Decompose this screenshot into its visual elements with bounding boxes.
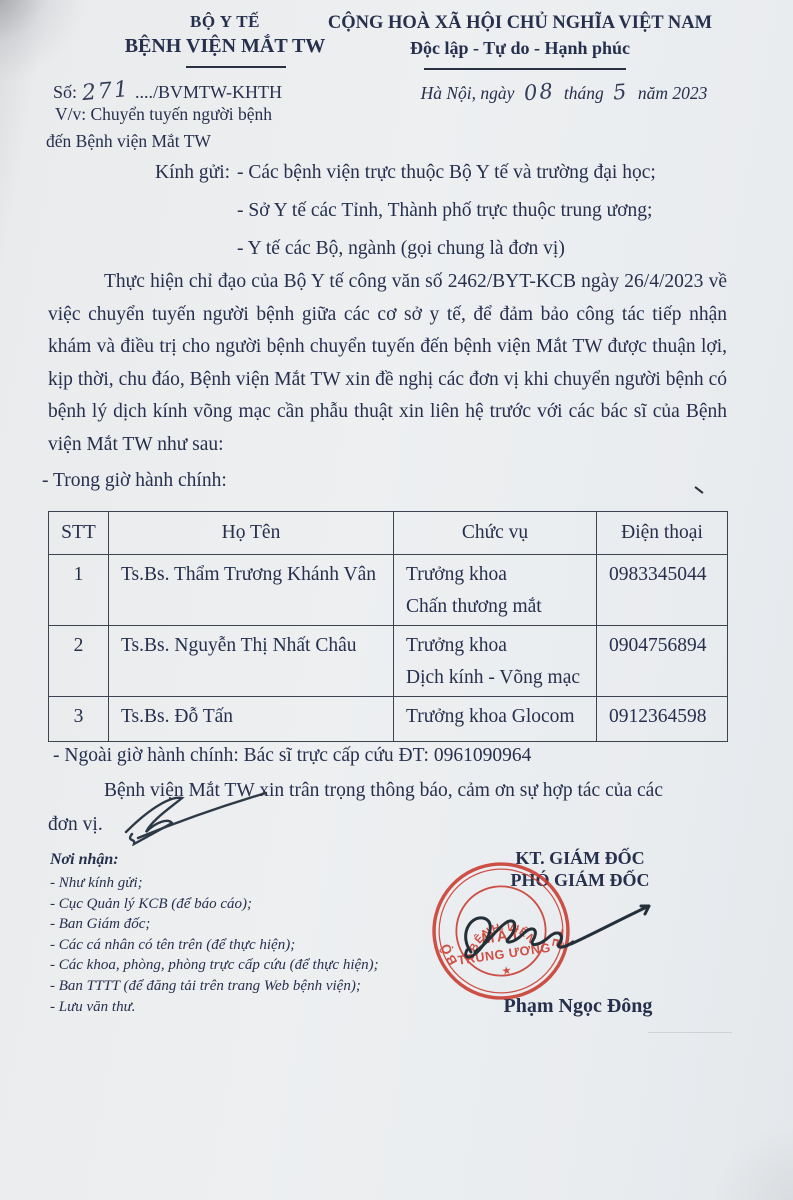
distribution-list: - Như kính gửi; - Cục Quản lý KCB (để bá…: [50, 873, 450, 1017]
subject-line-1: V/v: Chuyển tuyến người bệnh: [55, 104, 272, 125]
distribution-item: - Lưu văn thư.: [50, 997, 450, 1018]
recipient-item: - Sở Y tế các Tỉnh, Thành phố trực thuộc…: [237, 200, 652, 222]
role-line-1: Trưởng khoa: [406, 559, 590, 591]
table-row: 1 Ts.Bs. Thẩm Trương Khánh Vân Trưởng kh…: [49, 555, 728, 626]
document-number-line: Số:271..../BVMTW-KHTH: [53, 79, 282, 104]
cell-phone: 0912364598: [597, 697, 728, 742]
subject-line-2: đến Bệnh viện Mắt TW: [46, 131, 211, 152]
recipients-label: Kính gửi:: [155, 162, 230, 184]
contacts-table: STT Họ Tên Chức vụ Điện thoại 1 Ts.Bs. T…: [48, 511, 728, 742]
cell-name: Ts.Bs. Nguyễn Thị Nhất Châu: [109, 626, 394, 697]
scan-artifact-line: [648, 1032, 732, 1033]
cell-stt: 2: [49, 626, 109, 697]
distribution-item: - Như kính gửi;: [50, 873, 450, 894]
national-motto: Độc lập - Tự do - Hạnh phúc: [320, 38, 720, 59]
header-name: Họ Tên: [109, 512, 394, 555]
date-month-handwritten: 5: [612, 79, 629, 104]
date-post: năm 2023: [638, 83, 708, 103]
table-header-row: STT Họ Tên Chức vụ Điện thoại: [49, 512, 728, 555]
after-hours-line: - Ngoài giờ hành chính: Bác sĩ trực cấp …: [53, 745, 531, 767]
role-line-1: Trưởng khoa: [406, 630, 590, 662]
date-day-handwritten: 08: [523, 79, 556, 106]
org-underline: [186, 66, 286, 68]
cell-role: Trưởng khoa Chấn thương mắt: [394, 555, 597, 626]
cell-name: Ts.Bs. Thẩm Trương Khánh Vân: [109, 555, 394, 626]
motto-underline: [424, 68, 626, 70]
number-handwritten: 271: [81, 77, 131, 106]
closing-line-2: đơn vị.: [48, 814, 103, 836]
date-line: Hà Nội, ngày 08 tháng 5 năm 2023: [408, 80, 720, 104]
role-line-2: Dịch kính - Võng mạc: [406, 662, 590, 694]
national-motto-block: CỘNG HOÀ XÃ HỘI CHỦ NGHĨA VIỆT NAM Độc l…: [320, 13, 720, 59]
pen-scribble-mark: [112, 786, 272, 846]
recipient-item: - Các bệnh viện trực thuộc Bộ Y tế và tr…: [237, 162, 656, 184]
main-paragraph: Thực hiện chỉ đạo của Bộ Y tế công văn s…: [48, 266, 727, 462]
distribution-item: - Các cá nhân có tên trên (để thực hiện)…: [50, 935, 450, 956]
date-pre: Hà Nội, ngày: [421, 83, 515, 103]
office-hours-label: - Trong giờ hành chính:: [42, 470, 227, 492]
scan-artifact-mark: [694, 486, 703, 494]
distribution-item: - Các khoa, phòng, phòng trực cấp cứu (đ…: [50, 955, 450, 976]
distribution-item: - Ban TTTT (để đăng tải trên trang Web b…: [50, 976, 450, 997]
recipient-item: - Y tế các Bộ, ngành (gọi chung là đơn v…: [237, 238, 565, 260]
role-line-2: Chấn thương mắt: [406, 591, 590, 623]
number-prefix: Số:: [53, 82, 77, 102]
cell-name: Ts.Bs. Đỗ Tấn: [109, 697, 394, 742]
header-phone: Điện thoại: [597, 512, 728, 555]
scanned-document-page: BỘ Y TẾ BỆNH VIỆN MẮT TW CỘNG HOÀ XÃ HỘI…: [0, 0, 793, 1200]
table-row: 2 Ts.Bs. Nguyễn Thị Nhất Châu Trưởng kho…: [49, 626, 728, 697]
cell-stt: 3: [49, 697, 109, 742]
distribution-item: - Cục Quản lý KCB (để báo cáo);: [50, 894, 450, 915]
date-mid: tháng: [564, 83, 604, 103]
header-stt: STT: [49, 512, 109, 555]
table-row: 3 Ts.Bs. Đỗ Tấn Trưởng khoa Glocom 09123…: [49, 697, 728, 742]
handwritten-signature: [445, 886, 675, 976]
cell-role: Trưởng khoa Dịch kính - Võng mạc: [394, 626, 597, 697]
national-title: CỘNG HOÀ XÃ HỘI CHỦ NGHĨA VIỆT NAM: [320, 13, 720, 34]
cell-phone: 0904756894: [597, 626, 728, 697]
role-line-1: Trưởng khoa Glocom: [406, 701, 590, 733]
distribution-label: Nơi nhận:: [50, 851, 119, 869]
number-suffix: ..../BVMTW-KHTH: [135, 82, 282, 102]
distribution-item: - Ban Giám đốc;: [50, 914, 450, 935]
header-role: Chức vụ: [394, 512, 597, 555]
cell-role: Trưởng khoa Glocom: [394, 697, 597, 742]
cell-phone: 0983345044: [597, 555, 728, 626]
cell-stt: 1: [49, 555, 109, 626]
